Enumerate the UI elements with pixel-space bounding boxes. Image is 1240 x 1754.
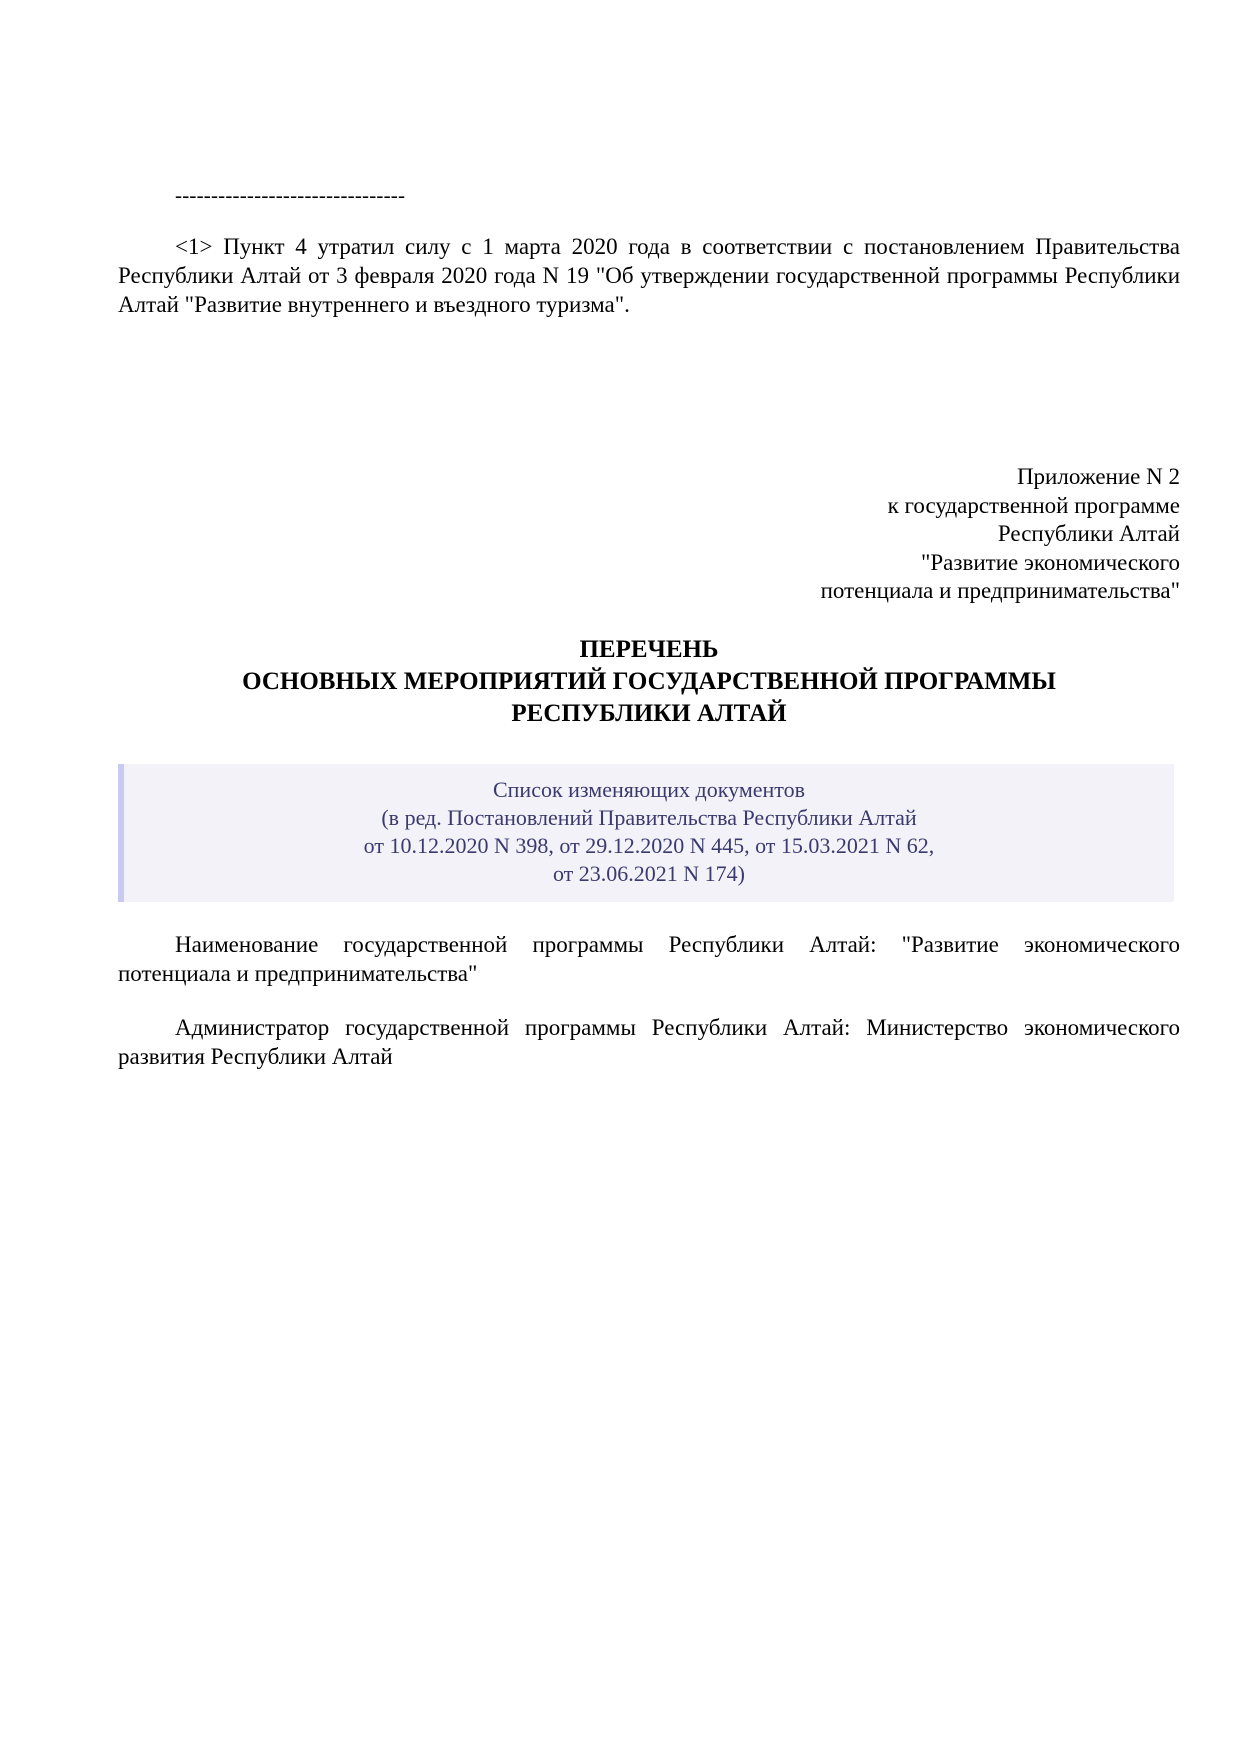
appendix-header: Приложение N 2 к государственной програм… [821,463,1180,606]
changes-line: Список изменяющих документов [124,776,1174,804]
appendix-line: к государственной программе [821,492,1180,521]
title-line: РЕСПУБЛИКИ АЛТАЙ [118,698,1180,730]
title-line: ПЕРЕЧЕНЬ [118,634,1180,666]
footnote-text: <1> Пункт 4 утратил силу с 1 марта 2020 … [118,232,1180,319]
appendix-line: "Развитие экономического [821,549,1180,578]
document-title: ПЕРЕЧЕНЬ ОСНОВНЫХ МЕРОПРИЯТИЙ ГОСУДАРСТВ… [118,634,1180,730]
appendix-line: Приложение N 2 [821,463,1180,492]
appendix-line: потенциала и предпринимательства" [821,577,1180,606]
changes-line: от 23.06.2021 N 174) [124,860,1174,888]
program-name-paragraph: Наименование государственной программы Р… [118,930,1180,988]
title-line: ОСНОВНЫХ МЕРОПРИЯТИЙ ГОСУДАРСТВЕННОЙ ПРО… [118,666,1180,698]
footnote-separator: -------------------------------- [175,181,405,209]
changes-line: (в ред. Постановлений Правительства Респ… [124,804,1174,832]
changes-line: от 10.12.2020 N 398, от 29.12.2020 N 445… [124,832,1174,860]
program-administrator-paragraph: Администратор государственной программы … [118,1013,1180,1071]
amending-documents-box: Список изменяющих документов (в ред. Пос… [118,764,1174,902]
appendix-line: Республики Алтай [821,520,1180,549]
